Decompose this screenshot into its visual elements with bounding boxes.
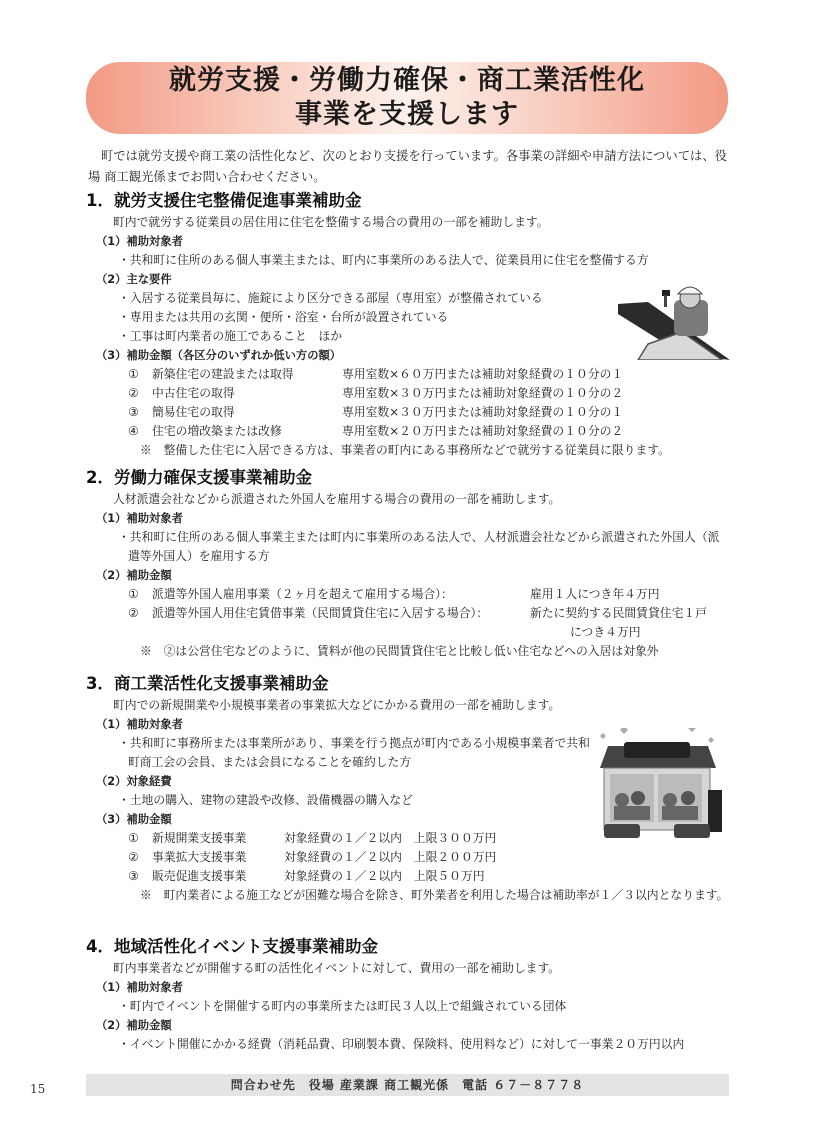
item-number: ②: [128, 384, 152, 403]
amount-label: 派遣等外国人用住宅賃借事業（民間賃貸住宅に入居する場合）：: [152, 604, 530, 623]
section-title: 3．商工業活性化支援事業補助金: [86, 673, 738, 695]
amount-value: 対象経費の１／２以内 上限５０万円: [284, 867, 485, 886]
amount-value: 専用室数×２０万円または補助対象経費の１０分の２: [342, 422, 623, 441]
item-number: ①: [128, 585, 152, 604]
amount-label: 新規開業支援事業: [152, 829, 284, 848]
amount-row: ③ 販売促進支援事業 対象経費の１／２以内 上限５０万円: [88, 867, 738, 886]
amount-value: 専用室数×３０万円または補助対象経費の１０分の１: [342, 403, 623, 422]
subheading-amount: （2）補助金額: [88, 1016, 738, 1035]
construction-worker-icon: [618, 282, 730, 360]
amount-label: 中古住宅の取得: [152, 384, 342, 403]
section-title: 4．地域活性化イベント支援事業補助金: [86, 936, 738, 958]
section-title: 1．就労支援住宅整備促進事業補助金: [86, 190, 738, 212]
storefront-icon: [590, 728, 730, 843]
item-number: ②: [128, 848, 152, 867]
page-title-line1: 就労支援・労働力確保・商工業活性化: [86, 64, 728, 98]
item-number: ③: [128, 867, 152, 886]
section-note: ※ 町内業者による施工などが困難な場合を除き、町外業者を利用した場合は補助率が１…: [88, 886, 730, 905]
amount-row: ② 中古住宅の取得 専用室数×３０万円または補助対象経費の１０分の２: [88, 384, 738, 403]
contact-footer: 問合わせ先 役場 産業課 商工観光係 電話 ６７－８７７８: [86, 1074, 729, 1096]
amount-label: 住宅の増改築または改修: [152, 422, 342, 441]
amount-row: ② 派遣等外国人用住宅賃借事業（民間賃貸住宅に入居する場合）： 新たに契約する民…: [88, 604, 738, 623]
page-number: 15: [30, 1082, 45, 1096]
amount-label: 事業拡大支援事業: [152, 848, 284, 867]
amount-label: 販売促進支援事業: [152, 867, 284, 886]
amount-value: 雇用１人につき年４万円: [530, 585, 660, 604]
amount-label: 簡易住宅の取得: [152, 403, 342, 422]
section-lead: 人材派遣会社などから派遣された外国人を雇用する場合の費用の一部を補助します。: [88, 490, 738, 509]
page-title-line2: 事業を支援します: [86, 98, 728, 132]
item-number: ①: [128, 829, 152, 848]
section-4: 4．地域活性化イベント支援事業補助金 町内事業者などが開催する町の活性化イベント…: [88, 936, 738, 1054]
item-number: ②: [128, 604, 152, 623]
amount-value: 専用室数×３０万円または補助対象経費の１０分の２: [342, 384, 623, 403]
item-number: ④: [128, 422, 152, 441]
section-lead: 町内での新規開業や小規模事業者の事業拡大などにかかる費用の一部を補助します。: [88, 696, 738, 715]
bullet-item: ・町内でイベントを開催する町内の事業所または町民３人以上で組織されている団体: [88, 997, 738, 1016]
subheading-eligibility: （1）補助対象者: [88, 978, 738, 997]
item-number: ①: [128, 365, 152, 384]
amount-row-continued: につき４万円: [88, 623, 738, 642]
bullet-item: ・共和町に事務所または事業所があり、事業を行う拠点が町内である小規模事業者で共和…: [88, 734, 598, 772]
amount-row: ② 事業拡大支援事業 対象経費の１／２以内 上限２００万円: [88, 848, 738, 867]
title-banner: 就労支援・労働力確保・商工業活性化 事業を支援します: [86, 62, 728, 134]
amount-value: 新たに契約する民間賃貸住宅１戸: [530, 604, 707, 623]
amount-label: 新築住宅の建設または取得: [152, 365, 342, 384]
item-number: ③: [128, 403, 152, 422]
bullet-item: ・イベント開催にかかる経費（消耗品費、印刷製本費、保険料、使用料など）に対して一…: [88, 1035, 738, 1054]
bullet-item: ・共和町に住所のある個人事業主または、町内に事業所のある法人で、従業員用に住宅を…: [88, 251, 738, 270]
roofer-illustration: [618, 282, 730, 360]
subheading-amount: （2）補助金額: [88, 566, 738, 585]
intro-paragraph: 町では就労支援や商工業の活性化など、次のとおり支援を行っています。各事業の詳細や…: [88, 146, 733, 188]
amount-row: ③ 簡易住宅の取得 専用室数×３０万円または補助対象経費の１０分の１: [88, 403, 738, 422]
amount-value: 対象経費の１／２以内 上限３００万円: [284, 829, 496, 848]
section-lead: 町内事業者などが開催する町の活性化イベントに対して、費用の一部を補助します。: [88, 959, 738, 978]
section-lead: 町内で就労する従業員の居住用に住宅を整備する場合の費用の一部を補助します。: [88, 213, 738, 232]
shop-illustration: [590, 728, 730, 843]
amount-row: ④ 住宅の増改築または改修 専用室数×２０万円または補助対象経費の１０分の２: [88, 422, 738, 441]
section-note: ※ 整備した住宅に入居できる方は、事業者の町内にある事務所などで就労する従業員に…: [88, 441, 738, 460]
section-2: 2．労働力確保支援事業補助金 人材派遣会社などから派遣された外国人を雇用する場合…: [88, 467, 738, 661]
section-note: ※ ②は公営住宅などのように、賃料が他の民間賃貸住宅と比較し低い住宅などへの入居…: [88, 642, 738, 661]
amount-row: ① 新築住宅の建設または取得 専用室数×６０万円または補助対象経費の１０分の１: [88, 365, 738, 384]
amount-value: につき４万円: [128, 623, 641, 642]
amount-row: ① 派遣等外国人雇用事業（２ヶ月を超えて雇用する場合）： 雇用１人につき年４万円: [88, 585, 738, 604]
section-title: 2．労働力確保支援事業補助金: [86, 467, 738, 489]
subheading-eligibility: （1）補助対象者: [88, 232, 738, 251]
amount-value: 専用室数×６０万円または補助対象経費の１０分の１: [342, 365, 623, 384]
amount-value: 対象経費の１／２以内 上限２００万円: [284, 848, 496, 867]
bullet-item: ・共和町に住所のある個人事業主または町内に事業所のある法人で、人材派遣会社などか…: [88, 528, 728, 566]
subheading-eligibility: （1）補助対象者: [88, 509, 738, 528]
amount-label: 派遣等外国人雇用事業（２ヶ月を超えて雇用する場合）：: [152, 585, 530, 604]
